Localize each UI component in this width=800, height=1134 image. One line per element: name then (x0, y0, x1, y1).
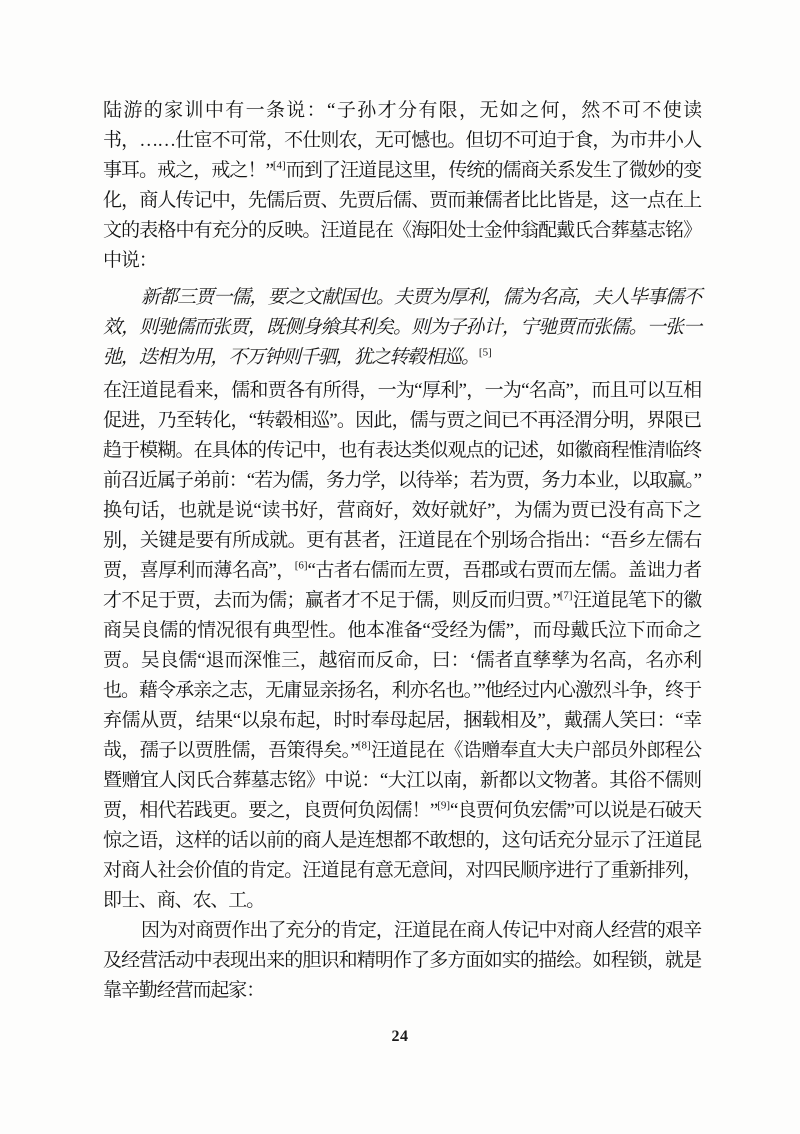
text-run: 在汪道昆看来，儒和贾各有所得，一为“厚利”，一为“名高”，而且可以互相促进，乃至… (103, 380, 701, 581)
body-paragraph: 陆游的家训中有一条说：“子孙才分有限，无如之何，然不可不使读书，……仕宦不可常，… (103, 96, 701, 276)
body-paragraph: 因为对商贾作出了充分的肯定，汪道昆在商人传记中对商人经营的艰辛及经营活动中表现出… (103, 916, 701, 1006)
document-body: 陆游的家训中有一条说：“子孙才分有限，无如之何，然不可不使读书，……仕宦不可常，… (103, 96, 701, 1006)
footnote-ref: [9] (437, 800, 450, 812)
footnote-ref: [4] (273, 160, 286, 172)
footnote-ref: [8] (358, 740, 371, 752)
body-paragraph: 在汪道昆看来，儒和贾各有所得，一为“厚利”，一为“名高”，而且可以互相促进，乃至… (103, 376, 701, 916)
footnote-ref: [5] (479, 347, 492, 359)
footnote-ref: [7] (560, 590, 573, 602)
document-page: 陆游的家训中有一条说：“子孙才分有限，无如之何，然不可不使读书，……仕宦不可常，… (0, 0, 800, 1134)
page-number: 24 (0, 1028, 800, 1046)
text-run: 汪道昆笔下的徽商吴良儒的情况很有典型性。他本准备“受经为儒”，而母戴氏泣下而命之… (103, 590, 701, 761)
block-quote: 新都三贾一儒，要之文献国也。夫贾为厚利，儒为名高，夫人毕事儒不效，则驰儒而张贾，… (103, 283, 701, 373)
footnote-ref: [6] (295, 560, 308, 572)
text-run: 因为对商贾作出了充分的肯定，汪道昆在商人传记中对商人经营的艰辛及经营活动中表现出… (103, 920, 701, 1001)
text-run: 新都三贾一儒，要之文献国也。夫贾为厚利，儒为名高，夫人毕事儒不效，则驰儒而张贾，… (103, 287, 701, 368)
